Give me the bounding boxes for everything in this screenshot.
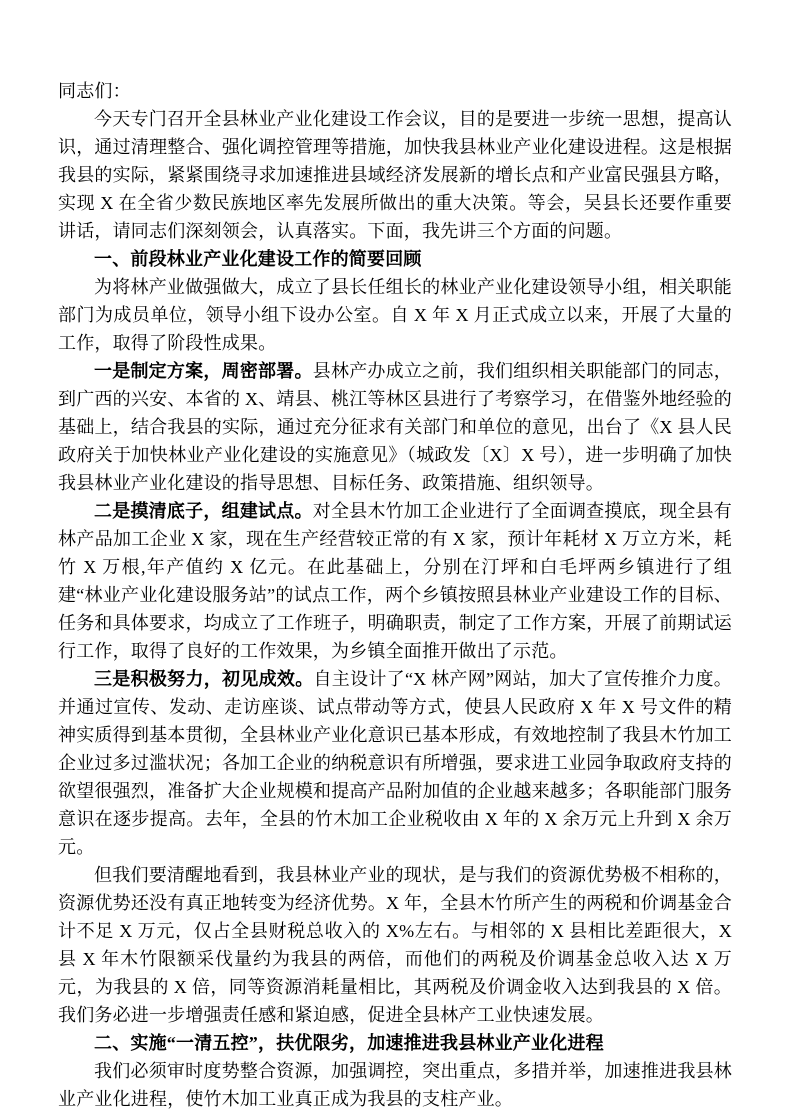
point-2-lead: 二是摸清底子，组建试点。 bbox=[94, 501, 313, 521]
section-heading-1: 一、前段林业产业化建设工作的简要回顾 bbox=[58, 245, 732, 273]
paragraph-opening: 今天专门召开全县林业产业化建设工作会议，目的是要进一步统一思想，提高认识，通过清… bbox=[58, 105, 732, 245]
paragraph-point-1: 一是制定方案，周密部署。县林产办成立之前，我们组织相关职能部门的同志，到广西的兴… bbox=[58, 357, 732, 497]
section-heading-2: 二、实施“一清五控”，扶优限劣，加速推进我县林业产业化进程 bbox=[58, 1029, 732, 1057]
point-3-text: 自主设计了“X 林产网”网站，加大了宣传推介力度。并通过宣传、发动、走访座谈、试… bbox=[58, 669, 732, 857]
paragraph-point-3: 三是积极努力，初见成效。自主设计了“X 林产网”网站，加大了宣传推介力度。并通过… bbox=[58, 665, 732, 861]
paragraph-leading-group: 为将林产业做强做大，成立了县长任组长的林业产业化建设领导小组，相关职能部门为成员… bbox=[58, 273, 732, 357]
point-3-lead: 三是积极努力，初见成效。 bbox=[94, 669, 314, 689]
point-2-text: 对全县木竹加工企业进行了全面调查摸底，现全县有林产品加工企业 X 家，现在生产经… bbox=[58, 501, 732, 661]
paragraph-problems: 但我们要清醒地看到，我县林业产业的现状，是与我们的资源优势极不相称的，资源优势还… bbox=[58, 861, 732, 1029]
document-page: 同志们： 今天专门召开全县林业产业化建设工作会议，目的是要进一步统一思想，提高认… bbox=[0, 0, 790, 1119]
salutation: 同志们： bbox=[58, 77, 732, 105]
paragraph-point-2: 二是摸清底子，组建试点。对全县木竹加工企业进行了全面调查摸底，现全县有林产品加工… bbox=[58, 497, 732, 665]
paragraph-closing: 我们必须审时度势整合资源，加强调控，突出重点，多措并举，加速推进我县林业产业化进… bbox=[58, 1057, 732, 1113]
point-1-lead: 一是制定方案，周密部署。 bbox=[94, 361, 313, 381]
